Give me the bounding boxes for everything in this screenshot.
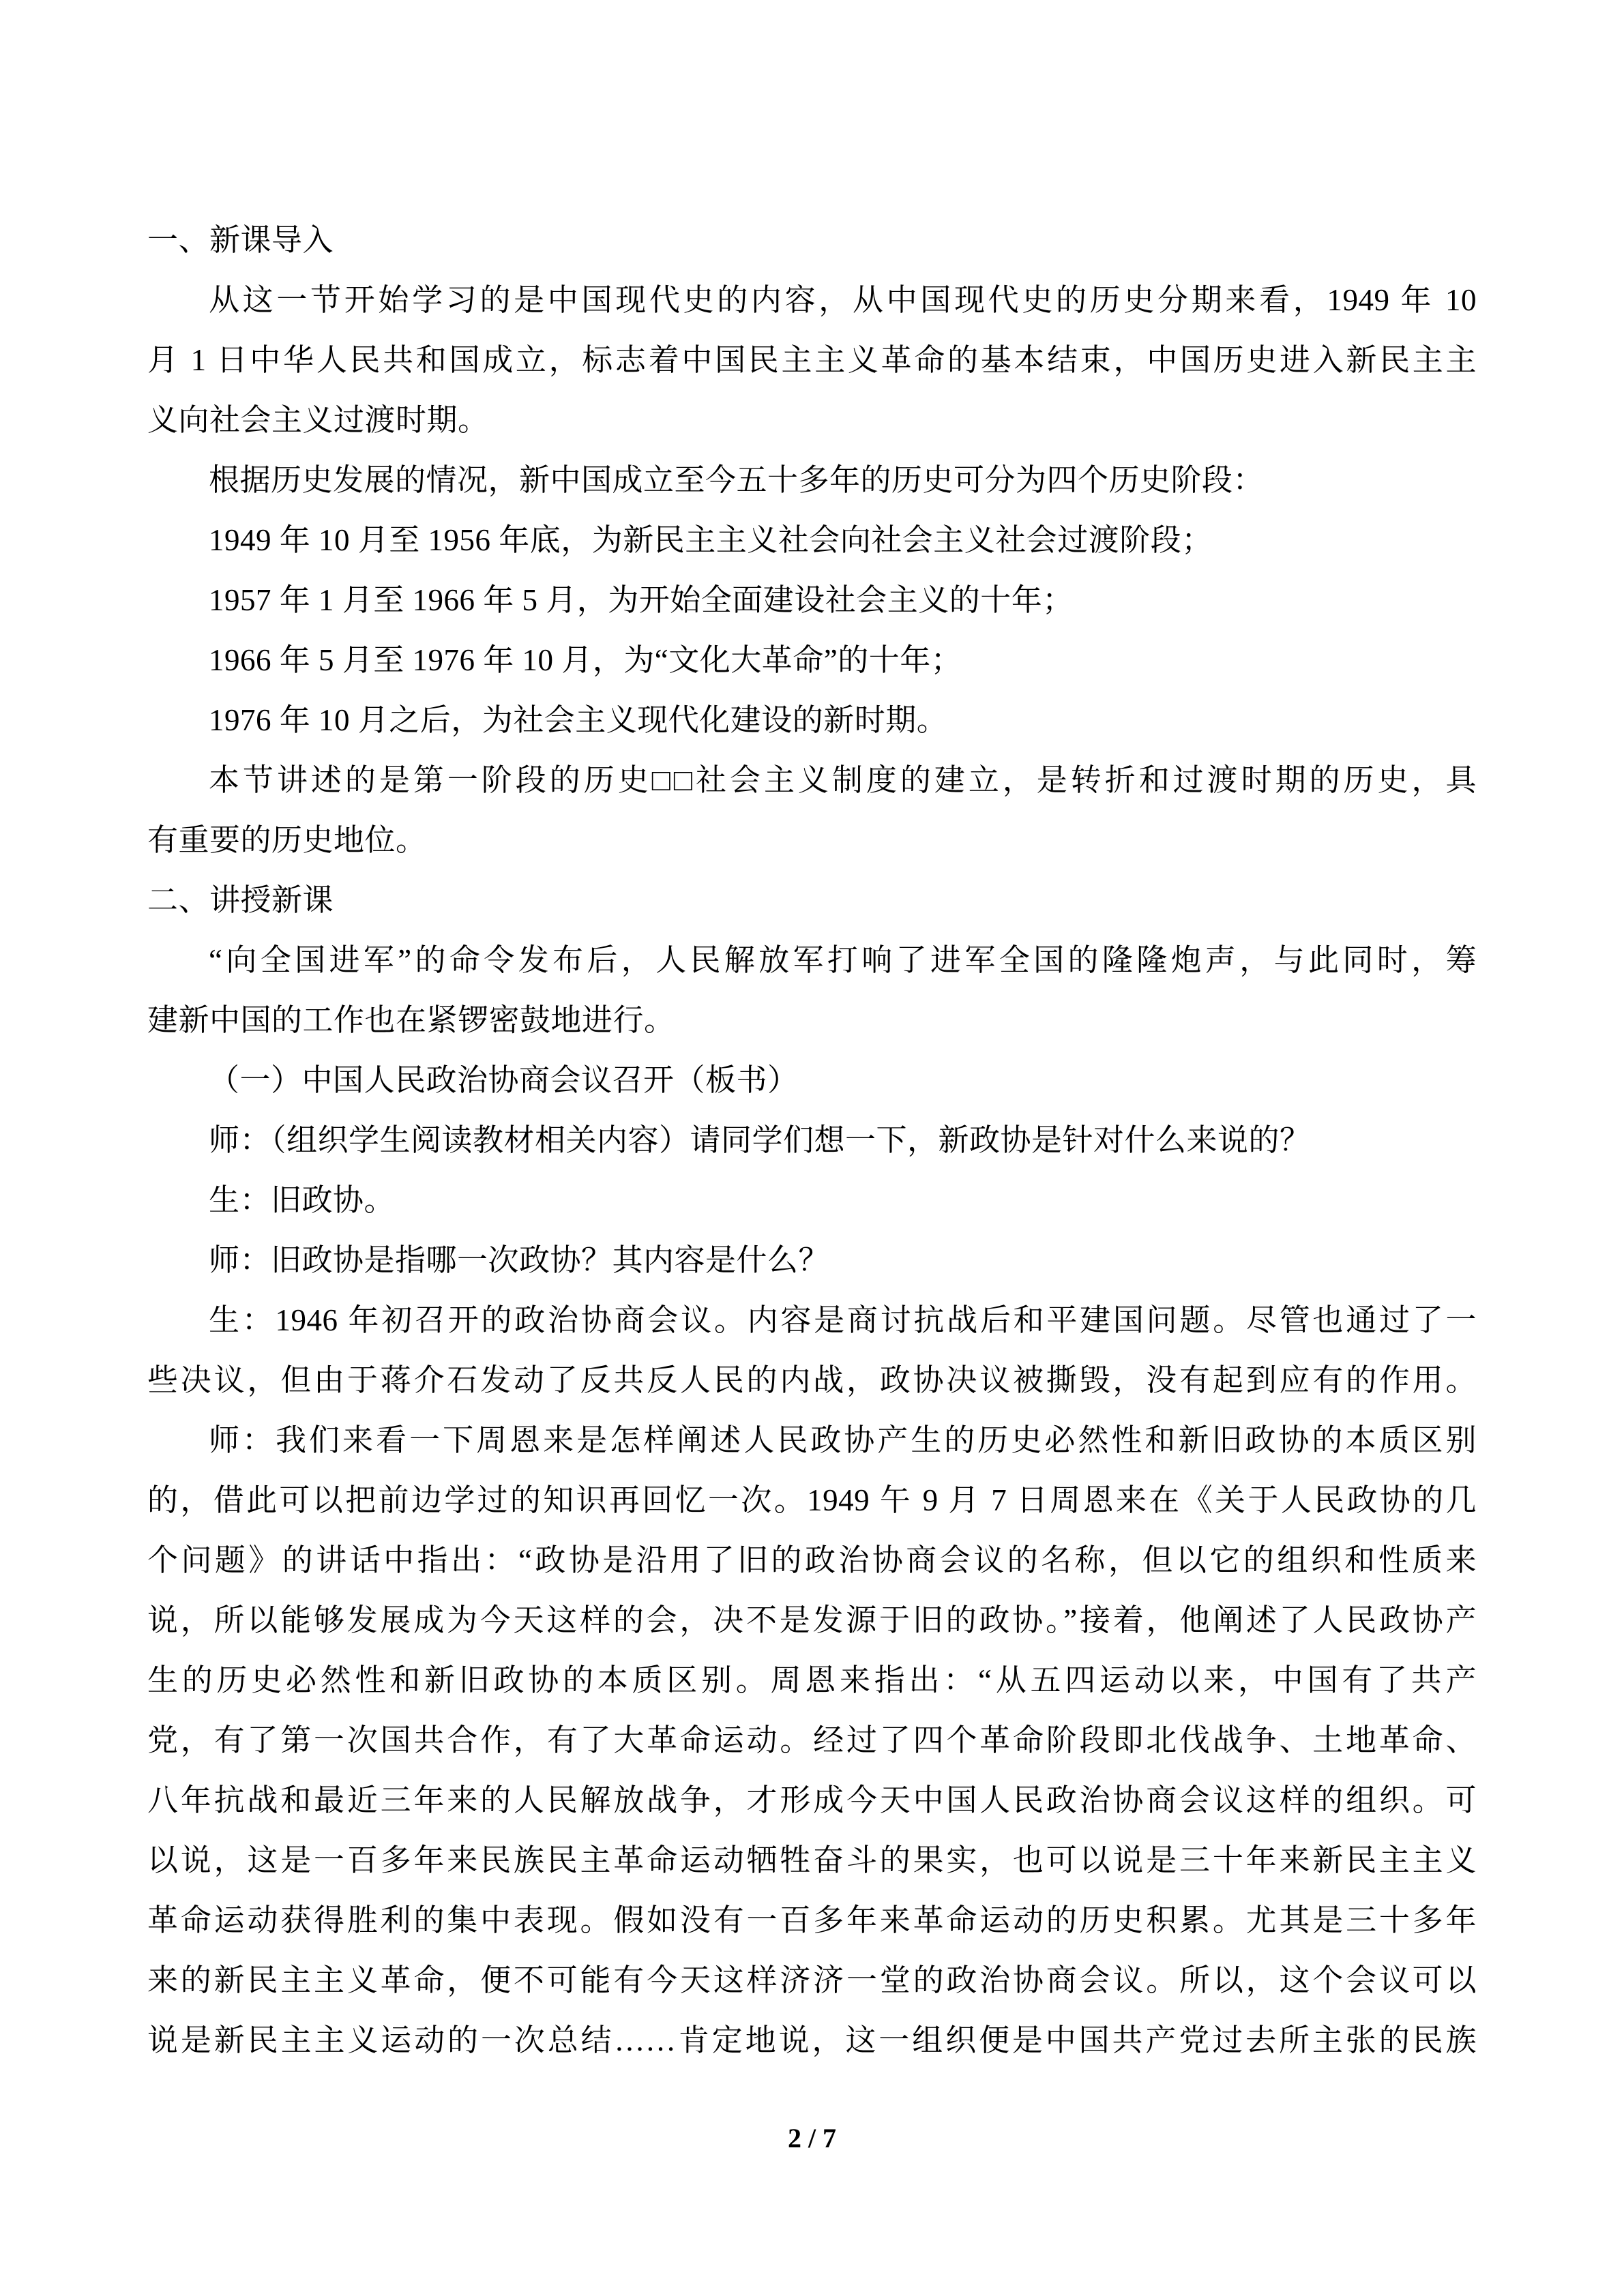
text-line: 本节讲述的是第一阶段的历史□□社会主义制度的建立，是转折和过渡时期的历史，具 xyxy=(147,750,1477,810)
text-line: 1949 年 10 月至 1956 年底，为新民主主义社会向社会主义社会过渡阶段… xyxy=(147,510,1477,570)
text-line: 说，所以能够发展成为今天这样的会，决不是发源于旧的政协。”接着，他阐述了人民政协… xyxy=(147,1590,1477,1650)
text-line: 义向社会主义过渡时期。 xyxy=(147,390,1477,450)
text-line: 师：（组织学生阅读教材相关内容）请同学们想一下，新政协是针对什么来说的？ xyxy=(147,1110,1477,1170)
text-line: 根据历史发展的情况，新中国成立至今五十多年的历史可分为四个历史阶段： xyxy=(147,450,1477,510)
text-line: 生的历史必然性和新旧政协的本质区别。周恩来指出：“从五四运动以来，中国有了共产 xyxy=(147,1650,1477,1710)
text-line: 生：1946 年初召开的政治协商会议。内容是商讨抗战后和平建国问题。尽管也通过了… xyxy=(147,1290,1477,1350)
text-line: 说是新民主主义运动的一次总结……肯定地说，这一组织便是中国共产党过去所主张的民族 xyxy=(147,2010,1477,2070)
text-line: “向全国进军”的命令发布后，人民解放军打响了进军全国的隆隆炮声，与此同时，筹 xyxy=(147,930,1477,990)
page-number: 2 / 7 xyxy=(0,2121,1624,2156)
text-line: 革命运动获得胜利的集中表现。假如没有一百多年来革命运动的历史积累。尤其是三十多年 xyxy=(147,1890,1477,1950)
text-line: 八年抗战和最近三年来的人民解放战争，才形成今天中国人民政治协商会议这样的组织。可 xyxy=(147,1770,1477,1830)
text-line: 1957 年 1 月至 1966 年 5 月，为开始全面建设社会主义的十年； xyxy=(147,570,1477,630)
text-line: 师：旧政协是指哪一次政协？其内容是什么？ xyxy=(147,1230,1477,1290)
text-line: 以说，这是一百多年来民族民主革命运动牺牲奋斗的果实，也可以说是三十年来新民主主义 xyxy=(147,1830,1477,1890)
text-line: 建新中国的工作也在紧锣密鼓地进行。 xyxy=(147,990,1477,1050)
text-line: （一）中国人民政治协商会议召开（板书） xyxy=(147,1050,1477,1110)
text-line: 党，有了第一次国共合作，有了大革命运动。经过了四个革命阶段即北伐战争、土地革命、 xyxy=(147,1710,1477,1770)
text-line: 来的新民主主义革命，便不可能有今天这样济济一堂的政治协商会议。所以，这个会议可以 xyxy=(147,1950,1477,2010)
text-line: 些决议，但由于蒋介石发动了反共反人民的内战，政协决议被撕毁，没有起到应有的作用。 xyxy=(147,1350,1477,1410)
text-line: 1976 年 10 月之后，为社会主义现代化建设的新时期。 xyxy=(147,690,1477,750)
text-line: 一、新课导入 xyxy=(147,210,1477,270)
document-page: 一、新课导入从这一节开始学习的是中国现代史的内容，从中国现代史的历史分期来看，1… xyxy=(0,0,1624,2296)
text-block: 一、新课导入从这一节开始学习的是中国现代史的内容，从中国现代史的历史分期来看，1… xyxy=(147,210,1477,2070)
text-line: 有重要的历史地位。 xyxy=(147,810,1477,870)
text-line: 二、讲授新课 xyxy=(147,870,1477,930)
text-line: 1966 年 5 月至 1976 年 10 月，为“文化大革命”的十年； xyxy=(147,630,1477,690)
text-line: 月 1 日中华人民共和国成立，标志着中国民主主义革命的基本结束，中国历史进入新民… xyxy=(147,330,1477,390)
text-line: 个问题》的讲话中指出：“政协是沿用了旧的政治协商会议的名称，但以它的组织和性质来 xyxy=(147,1530,1477,1590)
text-line: 从这一节开始学习的是中国现代史的内容，从中国现代史的历史分期来看，1949 年 … xyxy=(147,270,1477,330)
text-line: 的，借此可以把前边学过的知识再回忆一次。1949 午 9 月 7 日周恩来在《关… xyxy=(147,1470,1477,1530)
text-line: 生：旧政协。 xyxy=(147,1170,1477,1230)
text-line: 师：我们来看一下周恩来是怎样阐述人民政协产生的历史必然性和新旧政协的本质区别 xyxy=(147,1410,1477,1470)
